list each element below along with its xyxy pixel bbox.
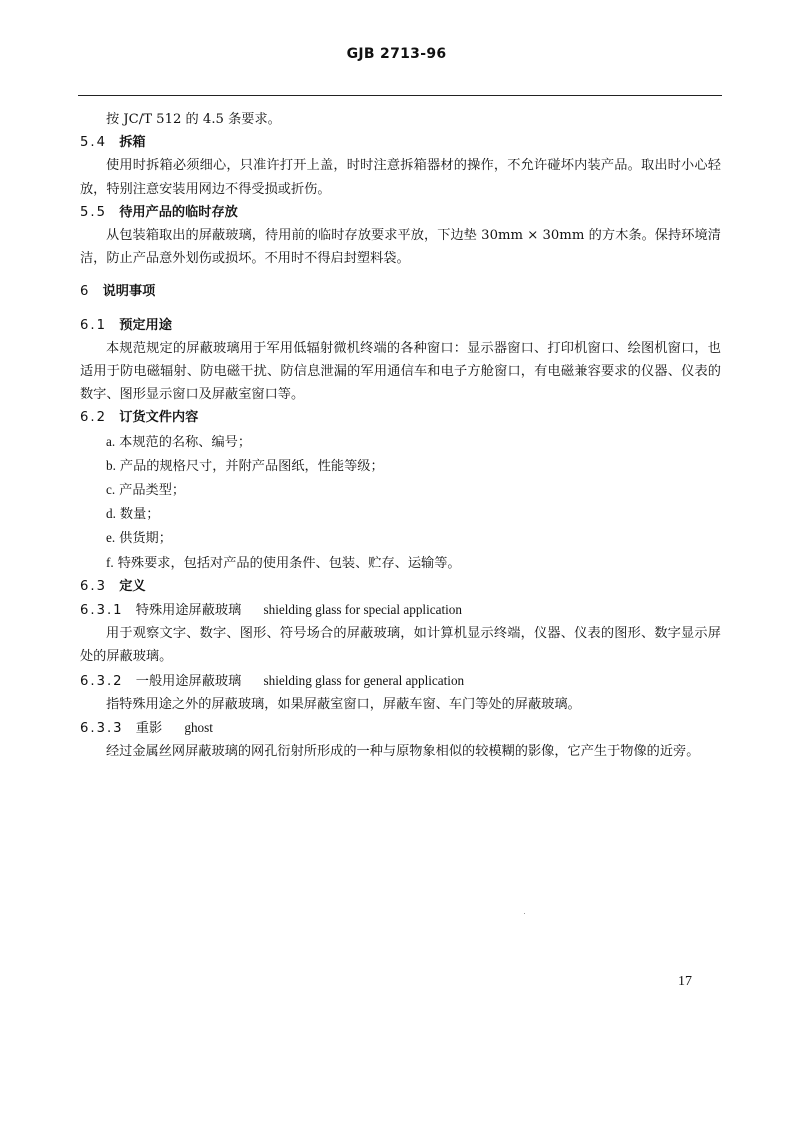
scan-artifact	[524, 913, 525, 914]
section-number: 6.2	[80, 406, 107, 429]
section-number: 6	[80, 280, 90, 303]
section-number: 6.3.2	[80, 670, 124, 693]
list-item: d.数量；	[80, 502, 721, 526]
term-english: shielding glass for general application	[263, 673, 464, 688]
section-number: 6.3.1	[80, 599, 124, 622]
section-number: 5.5	[80, 201, 107, 224]
heading-6-1: 6.1 预定用途	[80, 314, 721, 337]
section-number: 6.3	[80, 575, 107, 598]
heading-6: 6 说明事项	[80, 280, 721, 303]
heading-5-5: 5.5 待用产品的临时存放	[80, 201, 721, 224]
heading-6-2: 6.2 订货文件内容	[80, 406, 721, 429]
section-title: 订货文件内容	[119, 410, 198, 425]
section-number: 6.1	[80, 314, 107, 337]
heading-6-3-2: 6.3.2 一般用途屏蔽玻璃 shielding glass for gener…	[80, 669, 721, 693]
page-header-standard-code: GJB 2713-96	[0, 46, 793, 62]
section-title: 定义	[119, 579, 145, 594]
list-item: e.供货期；	[80, 526, 721, 550]
heading-6-3-1: 6.3.1 特殊用途屏蔽玻璃 shielding glass for speci…	[80, 598, 721, 622]
section-title: 拆箱	[119, 135, 145, 150]
section-number: 6.3.3	[80, 717, 124, 740]
term-title: 一般用途屏蔽玻璃	[136, 674, 242, 689]
paragraph-5-5: 从包装箱取出的屏蔽玻璃，待用前的临时存放要求平放，下边垫 30mm × 30mm…	[80, 224, 721, 270]
list-item: b.产品的规格尺寸，并附产品图纸，性能等级；	[80, 454, 721, 478]
intro-paragraph: 按 JC/T 512 的 4.5 条要求。	[80, 108, 721, 131]
header-divider	[78, 95, 722, 96]
paragraph-6-1: 本规范规定的屏蔽玻璃用于军用低辐射微机终端的各种窗口：显示器窗口、打印机窗口、绘…	[80, 337, 721, 407]
paragraph-5-4: 使用时拆箱必须细心，只准许打开上盖，时时注意拆箱器材的操作，不允许碰坏内装产品。…	[80, 154, 721, 200]
paragraph-6-3-3: 经过金属丝网屏蔽玻璃的网孔衍射所形成的一种与原物象相似的较模糊的影像，它产生于物…	[80, 740, 721, 763]
term-title: 重影	[136, 721, 162, 736]
section-number: 5.4	[80, 131, 107, 154]
term-english: shielding glass for special application	[263, 602, 462, 617]
section-title: 待用产品的临时存放	[119, 205, 238, 220]
heading-6-3-3: 6.3.3 重影 ghost	[80, 716, 721, 740]
list-item: f.特殊要求，包括对产品的使用条件、包装、贮存、运输等。	[80, 551, 721, 575]
term-english: ghost	[184, 720, 213, 735]
document-body: 按 JC/T 512 的 4.5 条要求。 5.4 拆箱 使用时拆箱必须细心，只…	[80, 108, 721, 763]
section-title: 说明事项	[103, 284, 156, 299]
spacer	[80, 304, 721, 314]
list-item: c.产品类型；	[80, 478, 721, 502]
heading-5-4: 5.4 拆箱	[80, 131, 721, 154]
list-item: a.本规范的名称、编号；	[80, 430, 721, 454]
paragraph-6-3-1: 用于观察文字、数字、图形、符号场合的屏蔽玻璃，如计算机显示终端，仪器、仪表的图形…	[80, 622, 721, 668]
heading-6-3: 6.3 定义	[80, 575, 721, 598]
paragraph-6-3-2: 指特殊用途之外的屏蔽玻璃，如果屏蔽室窗口，屏蔽车窗、车门等处的屏蔽玻璃。	[80, 693, 721, 716]
section-title: 预定用途	[119, 318, 172, 333]
term-title: 特殊用途屏蔽玻璃	[136, 603, 242, 618]
page-number: 17	[678, 974, 692, 990]
spacer	[80, 270, 721, 280]
